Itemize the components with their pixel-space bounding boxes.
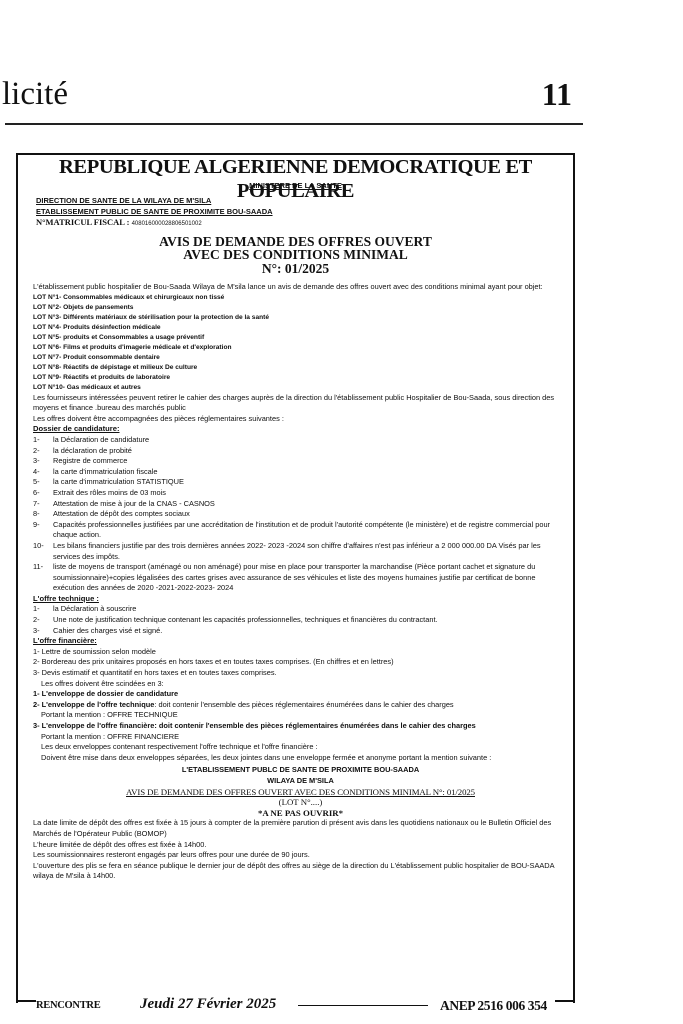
envelope-number: 1- [33,689,42,698]
lot-item: LOT N°10- Gas médicaux et autres [33,383,568,393]
item-text: liste de moyens de transport (aménagé ou… [53,562,568,594]
header-divider [5,123,583,125]
mention-line5: *A NE PAS OUVRIR* [33,808,568,819]
establishment-name: ETABLISSEMENT PUBLIC DE SANTE DE PROXIMI… [36,207,273,216]
technique-list: 1-la Déclaration à souscrire2-Une note d… [33,604,568,636]
dossier-list: 1-la Déclaration de candidature2-la décl… [33,435,568,594]
lot-item: LOT N°2- Objets de pansements [33,303,568,313]
envelope-item: 1- L'enveloppe de dossier de candidature [33,689,568,700]
item-text: Une note de justification technique cont… [53,615,438,626]
hour-text: L'heure limitée de dépôt des offres est … [33,840,568,851]
item-text: Les bilans financiers justifie par des t… [53,541,568,562]
lot-list: LOT N°1- Consommables médicaux et chirur… [33,293,568,393]
notice-title-line2: AVEC DES CONDITIONS MINIMAL [18,248,573,261]
technique-item: 2-Une note de justification technique co… [33,615,568,626]
item-number: 7- [33,499,53,510]
sealed-text: Doivent être mise dans deux enveloppes s… [33,753,568,764]
item-text: la carte d'immatriculation STATISTIQUE [53,477,184,488]
envelope-list: 1- L'enveloppe de dossier de candidature… [33,689,568,742]
item-text: Attestation de mise à jour de la CNAS - … [53,499,215,510]
fiscal-id: N°MATRICUL FISCAL : 40801600002880650100… [36,217,202,227]
intro-text: L'établissement public hospitalier de Bo… [33,282,568,293]
technique-item: 1-la Déclaration à souscrire [33,604,568,615]
suppliers-text: Les fournisseurs intéressées peuvent ret… [33,393,568,414]
envelope-number: 2- [33,700,42,709]
envelope-label: L'enveloppe de l'offre financière: doit … [42,721,476,730]
footer-divider [298,1005,428,1006]
mention-line1: L'ETABLISSEMENT PUBLC DE SANTE DE PROXIM… [33,765,568,776]
item-text: Capacités professionnelles justifiées pa… [53,520,568,541]
lot-item: LOT N°5- produits et Consommables a usag… [33,333,568,343]
envelope-mention: Portant la mention : OFFRE TECHNIQUE [33,710,568,721]
envelope-number: 3- [33,721,42,730]
item-number: 8- [33,509,53,520]
item-number: 9- [33,520,53,541]
two-envelopes-text: Les deux enveloppes contenant respective… [33,742,568,753]
dossier-item: 11-liste de moyens de transport (aménagé… [33,562,568,594]
publication-date: Jeudi 27 Février 2025 [140,996,276,1013]
envelope-item: 3- L'enveloppe de l'offre financière: do… [33,721,568,732]
envelope-desc: : doit contenir l'ensemble des pièces ré… [154,700,453,709]
notice-body: L'établissement public hospitalier de Bo… [33,282,568,882]
lot-item: LOT N°3- Différents matériaux de stérili… [33,313,568,323]
item-number: 4- [33,467,53,478]
dossier-item: 6-Extrait des rôles moins de 03 mois [33,488,568,499]
item-number: 10- [33,541,53,562]
notice-number: N°: 01/2025 [18,262,573,275]
item-text: la Déclaration de candidature [53,435,149,446]
financiere-heading: L'offre financière: [33,636,568,647]
lot-item: LOT N°7- Produit consommable dentaire [33,353,568,363]
item-text: Registre de commerce [53,456,127,467]
lot-item: LOT N°8- Réactifs de dépistage et milieu… [33,363,568,373]
offers-text: Les offres doivent être accompagnées des… [33,414,568,425]
dossier-item: 1-la Déclaration de candidature [33,435,568,446]
lot-item: LOT N°6- Films et produits d'imagerie mé… [33,343,568,353]
mention-line2: WILAYA DE M'SILA [33,776,568,787]
mention-line3: AVIS DE DEMANDE DES OFFRES OUVERT AVEC D… [33,787,568,798]
item-text: la carte d'immatriculation fiscale [53,467,158,478]
page-number: 11 [542,78,572,110]
item-number: 3- [33,456,53,467]
item-number: 2- [33,615,53,626]
newspaper-logo: RENCONTRE [36,1000,100,1011]
dossier-heading: Dossier de candidature: [33,424,568,435]
financiere-item: 2- Bordereau des prix unitaires proposés… [33,657,568,668]
item-number: 11- [33,562,53,594]
engagement-text: Les soumissionnaires resteront engagés p… [33,850,568,861]
item-text: Attestation de dépôt des comptes sociaux [53,509,190,520]
direction-name: DIRECTION DE SANTE DE LA WILAYA DE M'SIL… [36,196,211,205]
lot-item: LOT N°9- Réactifs et produits de laborat… [33,373,568,383]
lot-item: LOT N°4- Produits désinfection médicale [33,323,568,333]
lot-item: LOT N°1- Consommables médicaux et chirur… [33,293,568,303]
deadline-text: La date limite de dépôt des offres est f… [33,818,568,839]
envelope-item: 2- L'enveloppe de l'offre technique: doi… [33,700,568,711]
item-number: 3- [33,626,53,637]
dossier-item: 5-la carte d'immatriculation STATISTIQUE [33,477,568,488]
footer-corner-right [555,1000,575,1002]
financiere-item: 3- Devis estimatif et quantitatif en hor… [33,668,568,679]
dossier-item: 8-Attestation de dépôt des comptes socia… [33,509,568,520]
technique-item: 3-Cahier des charges visé et signé. [33,626,568,637]
item-number: 1- [33,604,53,615]
fiscal-id-value: 408016000028806501002 [132,221,202,227]
item-text: Cahier des charges visé et signé. [53,626,162,637]
ministry-name: MINISTERE DE LA SANTE [18,181,573,190]
split-text: Les offres doivent être scindées en 3: [33,679,568,690]
dossier-item: 9-Capacités professionnelles justifiées … [33,520,568,541]
technique-heading: L'offre technique : [33,594,568,605]
dossier-item: 2-la déclaration de probité [33,446,568,457]
envelope-mention: Portant la mention : OFFRE FINANCIERE [33,732,568,743]
envelope-label: L'enveloppe de dossier de candidature [42,689,178,698]
dossier-item: 4-la carte d'immatriculation fiscale [33,467,568,478]
item-text: Extrait des rôles moins de 03 mois [53,488,166,499]
item-number: 2- [33,446,53,457]
anep-reference: ANEP 2516 006 354 [440,998,547,1014]
item-number: 5- [33,477,53,488]
dossier-item: 10-Les bilans financiers justifie par de… [33,541,568,562]
item-text: la Déclaration à souscrire [53,604,136,615]
item-text: la déclaration de probité [53,446,132,457]
mention-line4: (LOT N°....) [33,797,568,808]
item-number: 6- [33,488,53,499]
item-number: 1- [33,435,53,446]
envelope-label: L'enveloppe de l'offre technique [42,700,155,709]
footer-corner-left [16,1000,36,1002]
dossier-item: 3-Registre de commerce [33,456,568,467]
page-header: licité 11 [0,78,584,110]
fiscal-id-label: N°MATRICUL FISCAL : [36,217,129,227]
dossier-item: 7-Attestation de mise à jour de la CNAS … [33,499,568,510]
financiere-item: 1- Lettre de soumission selon modèle [33,647,568,658]
financiere-list: 1- Lettre de soumission selon modèle2- B… [33,647,568,679]
section-name: licité [2,78,68,110]
opening-text: L'ouverture des plis se fera en séance p… [33,861,568,882]
